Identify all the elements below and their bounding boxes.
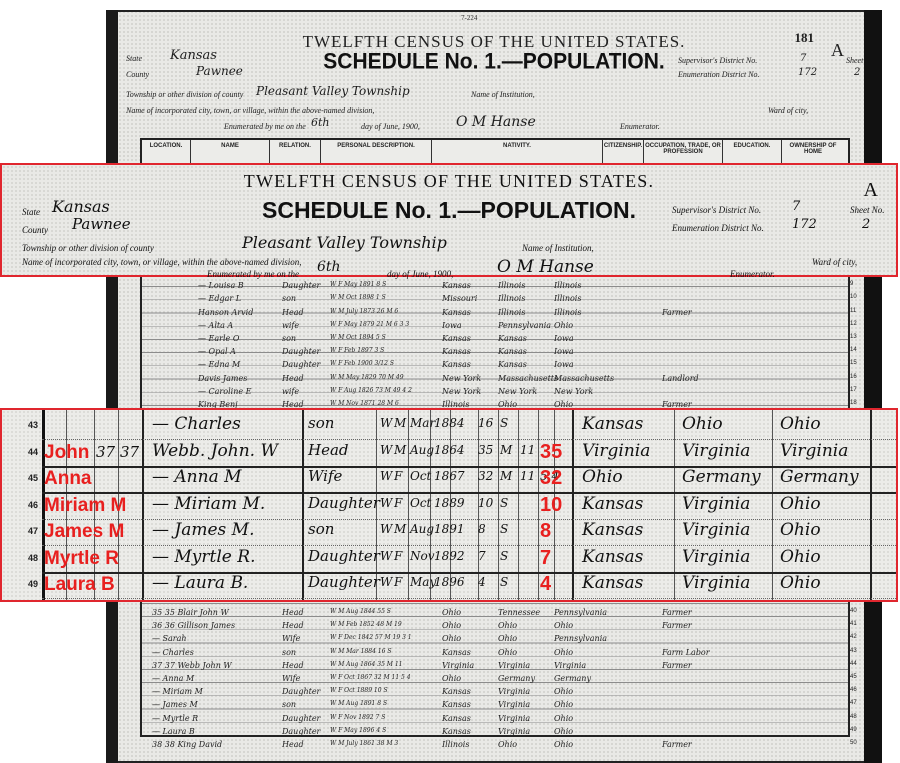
personal-description: W M Oct 1894 5 S: [330, 334, 386, 341]
person-name: — Myrtle R: [152, 714, 198, 723]
birthplace: Kansas: [442, 347, 471, 356]
age: 8: [478, 522, 486, 536]
person-name: — James M: [152, 700, 198, 709]
relation: Daughter: [308, 547, 380, 565]
census-row: 43— CharlessonW M Mar 1884 16 SKansasOhi…: [142, 648, 848, 661]
relation: son: [282, 294, 296, 303]
relation: son: [308, 414, 334, 432]
mother-birthplace: Virginia: [780, 441, 848, 461]
birth-year: 1864: [434, 443, 465, 457]
personal-description: W F May 1896 4 S: [330, 727, 386, 734]
page-number: 181: [795, 30, 815, 46]
birth-month: Aug: [410, 443, 434, 457]
father-birthplace: Germany: [498, 674, 535, 683]
birthplace: New York: [442, 387, 481, 396]
father-birthplace: Virginia: [682, 494, 750, 514]
father-birthplace: Kansas: [498, 347, 527, 356]
mother-birthplace: Iowa: [554, 347, 574, 356]
personal-description: W M Mar 1884 16 S: [330, 648, 391, 655]
birthplace: Virginia: [442, 661, 474, 670]
birthplace: Missouri: [442, 294, 477, 303]
row-number: 47: [28, 526, 38, 536]
person-name: 38 38 King David: [152, 740, 222, 749]
row-number: 45: [28, 473, 38, 483]
census-row: 48— Myrtle RDaughterW F Nov 1892 7 SKans…: [142, 714, 848, 727]
name-annotation: Anna: [44, 468, 92, 490]
census-row: 12— Alta AwifeW F May 1879 21 M 6 3 3Iow…: [142, 321, 848, 334]
enumerator-name: O M Hanse: [456, 114, 536, 130]
marital-status: M: [500, 443, 512, 457]
person-name: — Laura B: [152, 727, 195, 736]
birthplace: Ohio: [442, 674, 461, 683]
birth-month: Aug: [410, 522, 434, 536]
relation: Wife: [282, 674, 300, 683]
father-birthplace: Virginia: [682, 520, 750, 540]
birth-month: Mar: [410, 416, 435, 430]
row-number: 9: [850, 281, 853, 287]
mother-birthplace: Massachusetts: [554, 374, 614, 383]
mother-birthplace: Ohio: [554, 727, 573, 736]
occupation: Farmer: [662, 661, 692, 670]
birthplace: Ohio: [442, 608, 461, 617]
birthplace: Kansas: [442, 727, 471, 736]
row-number: 10: [850, 294, 857, 300]
row-number: 17: [850, 387, 857, 393]
birthplace: Kansas: [442, 360, 471, 369]
city-label: Name of incorporated city, town, or vill…: [126, 106, 374, 115]
relation: Head: [282, 308, 304, 317]
race: W: [380, 549, 392, 563]
mother-birthplace: New York: [554, 387, 593, 396]
personal-description: W F Aug 1826 73 M 49 4 2: [330, 387, 412, 394]
age-annotation: 35: [540, 441, 562, 464]
occupation: Farm Labor: [662, 648, 710, 657]
personal-description: W M Aug 1864 35 M 11: [330, 661, 402, 668]
relation: Wife: [282, 634, 300, 643]
supervisor-value: 7: [800, 53, 806, 64]
relation: Daughter: [282, 360, 320, 369]
census-row: 4136 36 Gillison JamesHeadW M Feb 1852 4…: [142, 621, 848, 634]
person-name: — Louisa B: [198, 281, 244, 290]
birthplace: Kansas: [582, 520, 643, 540]
father-birthplace: Pennsylvania: [498, 321, 551, 330]
census-row: 4437 37 Webb John WHeadW M Aug 1864 35 M…: [142, 661, 848, 674]
marital-status: S: [500, 416, 508, 430]
relation: Daughter: [308, 494, 380, 512]
name-annotation: Miriam M: [44, 495, 126, 517]
marital-status: M: [500, 469, 512, 483]
census-row: 9— Louisa BDaughterW F May 1891 8 SKansa…: [142, 281, 848, 294]
personal-description: W F Feb 1900 3/12 S: [330, 360, 394, 367]
father-birthplace: Illinois: [498, 294, 525, 303]
zoom-township-label: Township or other division of county: [22, 243, 154, 253]
relation: Daughter: [282, 727, 320, 736]
census-row: 5038 38 King DavidHeadW M July 1861 38 M…: [142, 740, 848, 753]
birthplace: Kansas: [582, 573, 643, 593]
mother-birthplace: Iowa: [554, 360, 574, 369]
father-birthplace: Virginia: [498, 687, 530, 696]
person-name: — James M.: [152, 520, 254, 540]
personal-description: W F Dec 1842 57 M 19 3 1: [330, 634, 412, 641]
birth-year: 1889: [434, 496, 465, 510]
zoom-supervisor-value: 7: [792, 199, 800, 214]
marital-status: S: [500, 522, 508, 536]
birthplace: Kansas: [442, 334, 471, 343]
birthplace: Kansas: [582, 547, 643, 567]
census-row: 15— Edna MDaughterW F Feb 1900 3/12 SKan…: [142, 360, 848, 373]
person-name: — Miriam M.: [152, 494, 265, 514]
age-annotation: 8: [540, 520, 551, 543]
birth-year: 1891: [434, 522, 465, 536]
mother-birthplace: Ohio: [554, 740, 573, 749]
name-annotation: Myrtle R: [44, 548, 119, 570]
father-birthplace: New York: [498, 387, 537, 396]
family-number: 37: [120, 443, 139, 461]
relation: son: [282, 700, 296, 709]
birth-year: 1867: [434, 469, 465, 483]
mother-birthplace: Ohio: [780, 494, 821, 514]
mother-birthplace: Ohio: [554, 321, 573, 330]
row-number: 44: [28, 447, 38, 457]
zoom-enumerator-name: O M Hanse: [497, 257, 594, 277]
personal-description: W F May 1891 8 S: [330, 281, 386, 288]
relation: Head: [308, 441, 349, 459]
zoom-enumerator-label: Enumerator.: [730, 269, 775, 279]
mother-birthplace: Pennsylvania: [554, 634, 607, 643]
father-birthplace: Illinois: [498, 308, 525, 317]
enumerated-day: 6th: [311, 116, 330, 129]
personal-description: W M July 1873 26 M 6: [330, 308, 398, 315]
supervisor-label: Supervisor's District No.: [678, 56, 757, 65]
census-row: 10— Edgar LsonW M Oct 1898 1 SMissouriIl…: [142, 294, 848, 307]
birthplace: Kansas: [442, 700, 471, 709]
relation: wife: [282, 321, 299, 330]
personal-description: W M Feb 1852 48 M 19: [330, 621, 402, 628]
age: 35: [478, 443, 493, 457]
personal-description: W F Oct 1867 32 M 11 5 4: [330, 674, 411, 681]
birthplace: Ohio: [442, 634, 461, 643]
personal-description: W M July 1861 38 M 3: [330, 740, 398, 747]
zoom-supervisor-label: Supervisor's District No.: [672, 205, 761, 215]
race: W: [380, 522, 392, 536]
birth-year: 1896: [434, 575, 465, 589]
family-zoom-panel: 43— CharlessonWMMar188416SKansasOhioOhio…: [0, 408, 898, 602]
father-birthplace: Ohio: [498, 634, 517, 643]
county-value: Pawnee: [196, 64, 243, 78]
occupation: Landlord: [662, 374, 699, 383]
personal-description: W F Nov 1892 7 S: [330, 714, 385, 721]
father-birthplace: Kansas: [498, 334, 527, 343]
family-row: 48Myrtle R— Myrtle R.DaughterWFNov18927S…: [2, 547, 896, 573]
birthplace: Kansas: [442, 308, 471, 317]
person-name: Davis James: [198, 374, 247, 383]
row-number: 13: [850, 334, 857, 340]
zoom-township-value: Pleasant Valley Township: [242, 233, 447, 252]
row-number: 47: [850, 700, 857, 706]
father-birthplace: Ohio: [498, 740, 517, 749]
row-number: 11: [850, 308, 856, 314]
father-birthplace: Virginia: [498, 727, 530, 736]
personal-description: W F Feb 1897 3 S: [330, 347, 384, 354]
relation: Daughter: [282, 714, 320, 723]
person-name: — Anna M: [152, 674, 194, 683]
birth-month: Oct: [410, 496, 431, 510]
birth-year: 1884: [434, 416, 465, 430]
age: 32: [478, 469, 493, 483]
person-name: — Earle O: [198, 334, 239, 343]
birth-month: Nov: [410, 549, 435, 563]
father-birthplace: Illinois: [498, 281, 525, 290]
row-number: 43: [28, 420, 38, 430]
mother-birthplace: Illinois: [554, 308, 581, 317]
father-birthplace: Ohio: [498, 648, 517, 657]
relation: Daughter: [308, 573, 380, 591]
person-name: — Miriam M: [152, 687, 203, 696]
relation: Head: [282, 608, 304, 617]
marital-status: S: [500, 549, 508, 563]
person-name: — Opal A: [198, 347, 236, 356]
sex: F: [394, 496, 402, 510]
father-birthplace: Tennessee: [498, 608, 540, 617]
age-annotation: 32: [540, 467, 562, 490]
person-name: — Charles: [152, 414, 241, 434]
birthplace: Kansas: [582, 494, 643, 514]
name-annotation: Laura B: [44, 574, 115, 596]
personal-description: W M Oct 1898 1 S: [330, 294, 386, 301]
person-name: — Edna M: [198, 360, 240, 369]
zoom-sheet-label: Sheet No.: [850, 205, 885, 215]
mother-birthplace: Ohio: [780, 520, 821, 540]
person-name: 37 37 Webb John W: [152, 661, 232, 670]
sex: M: [394, 416, 406, 430]
enumeration-label: Enumeration District No.: [678, 70, 760, 79]
person-name: Webb. John. W: [152, 441, 278, 461]
row-number: 49: [28, 579, 38, 589]
occupation: Farmer: [662, 608, 692, 617]
personal-description: W M Aug 1891 8 S: [330, 700, 387, 707]
father-birthplace: Virginia: [498, 700, 530, 709]
zoom-enumerated-label: Enumerated by me on the: [207, 269, 299, 279]
census-row: 42— SarahWifeW F Dec 1842 57 M 19 3 1Ohi…: [142, 634, 848, 647]
sex: F: [394, 549, 402, 563]
occupation: Farmer: [662, 308, 692, 317]
birthplace: Ohio: [582, 467, 623, 487]
age: 7: [478, 549, 486, 563]
mother-birthplace: Germany: [780, 467, 859, 487]
township-value: Pleasant Valley Township: [256, 84, 410, 98]
zoom-enumerated-day: 6th: [317, 259, 341, 275]
relation: Daughter: [282, 281, 320, 290]
relation: Head: [282, 621, 304, 630]
person-name: — Laura B.: [152, 573, 248, 593]
father-birthplace: Virginia: [498, 661, 530, 670]
zoom-enumeration-value: 172: [792, 217, 817, 232]
mother-birthplace: Ohio: [780, 547, 821, 567]
mother-birthplace: Ohio: [554, 621, 573, 630]
father-birthplace: Virginia: [682, 547, 750, 567]
relation: son: [282, 648, 296, 657]
census-row: 13— Earle OsonW M Oct 1894 5 SKansasKans…: [142, 334, 848, 347]
row-number: 12: [850, 321, 857, 327]
relation: Head: [282, 661, 304, 670]
relation: Head: [282, 374, 304, 383]
census-row: 4035 35 Blair John WHeadW M Aug 1844 55 …: [142, 608, 848, 621]
zoom-ward-label: Ward of city,: [812, 257, 857, 267]
birthplace: Kansas: [442, 687, 471, 696]
mother-birthplace: Pennsylvania: [554, 608, 607, 617]
zoom-sheet-value: 2: [862, 217, 870, 232]
personal-description: W M Aug 1844 55 S: [330, 608, 391, 615]
father-birthplace: Virginia: [682, 441, 750, 461]
mother-birthplace: Germany: [554, 674, 591, 683]
zoom-institution-label: Name of Institution,: [522, 243, 594, 253]
race: W: [380, 575, 392, 589]
personal-description: W M May 1829 70 M 49: [330, 374, 404, 381]
row-number: 40: [850, 608, 857, 614]
ward-label: Ward of city,: [768, 106, 808, 115]
relation: wife: [282, 387, 299, 396]
father-birthplace: Virginia: [682, 573, 750, 593]
family-row: 49Laura B— Laura B.DaughterWFMay18964S4K…: [2, 573, 896, 599]
enumerated-label: Enumerated by me on the: [224, 122, 306, 131]
mother-birthplace: Ohio: [554, 648, 573, 657]
zoom-county-value: Pawnee: [72, 215, 131, 233]
mother-birthplace: Illinois: [554, 281, 581, 290]
census-row: 46— Miriam MDaughterW F Oct 1889 10 SKan…: [142, 687, 848, 700]
enumerator-label: Enumerator.: [620, 122, 660, 131]
birthplace: Ohio: [442, 621, 461, 630]
family-row: 47James M— James M.sonWMAug18918S8Kansas…: [2, 520, 896, 546]
birthplace: Iowa: [442, 321, 462, 330]
enumerated-suffix: day of June, 1900,: [361, 122, 420, 131]
census-row: 47— James MsonW M Aug 1891 8 SKansasVirg…: [142, 700, 848, 713]
census-page: 7-224 TWELFTH CENSUS OF THE UNITED STATE…: [106, 10, 882, 763]
occupation: Farmer: [662, 621, 692, 630]
enumeration-value: 172: [798, 67, 817, 78]
sex: F: [394, 575, 402, 589]
name-annotation: James M: [44, 521, 124, 543]
mother-birthplace: Illinois: [554, 294, 581, 303]
person-name: — Sarah: [152, 634, 187, 643]
sex: M: [394, 522, 406, 536]
row-number: 50: [850, 740, 857, 746]
row-number: 41: [850, 621, 857, 627]
person-name: — Caroline E: [198, 387, 251, 396]
zoom-census-title: TWELFTH CENSUS OF THE UNITED STATES.: [2, 171, 896, 192]
mother-birthplace: Ohio: [554, 687, 573, 696]
age-annotation: 10: [540, 494, 562, 517]
institution-label: Name of Institution,: [471, 90, 535, 99]
form-number: 7-224: [461, 14, 477, 22]
family-row: 44John3737Webb. John. WHeadWMAug186435M1…: [2, 441, 896, 467]
birthplace: Kansas: [582, 414, 643, 434]
birthplace: Kansas: [442, 714, 471, 723]
row-number: 46: [28, 500, 38, 510]
marital-status: S: [500, 575, 508, 589]
mother-birthplace: Ohio: [780, 573, 821, 593]
race: W: [380, 469, 392, 483]
birth-month: Oct: [410, 469, 431, 483]
census-row: 11Hanson ArvidHeadW M July 1873 26 M 6Ka…: [142, 308, 848, 321]
person-name: — Edgar L: [198, 294, 241, 303]
family-row: 46Miriam M— Miriam M.DaughterWFOct188910…: [2, 494, 896, 520]
header-zoom-panel: TWELFTH CENSUS OF THE UNITED STATES. A S…: [0, 163, 898, 277]
years-married: 11: [520, 469, 535, 483]
census-row: 17— Caroline EwifeW F Aug 1826 73 M 49 4…: [142, 387, 848, 400]
person-name: 35 35 Blair John W: [152, 608, 229, 617]
zoom-enumerated-suffix: day of June, 1900,: [387, 269, 453, 279]
census-row: 14— Opal ADaughterW F Feb 1897 3 SKansas…: [142, 347, 848, 360]
birthplace: Virginia: [582, 441, 650, 461]
age-annotation: 7: [540, 547, 551, 570]
mother-birthplace: Iowa: [554, 334, 574, 343]
census-row: 16Davis JamesHeadW M May 1829 70 M 49New…: [142, 374, 848, 387]
birthplace: Kansas: [442, 281, 471, 290]
sex: F: [394, 469, 402, 483]
relation: Daughter: [282, 347, 320, 356]
person-name: — Myrtle R.: [152, 547, 255, 567]
relation: Wife: [308, 467, 342, 485]
birthplace: New York: [442, 374, 481, 383]
sex: M: [394, 443, 406, 457]
relation: son: [308, 520, 334, 538]
person-name: — Alta A: [198, 321, 233, 330]
row-number: 48: [850, 714, 857, 720]
person-name: 36 36 Gillison James: [152, 621, 235, 630]
state-label: State: [126, 54, 142, 63]
row-number: 49: [850, 727, 857, 733]
father-birthplace: Ohio: [682, 414, 723, 434]
age-annotation: 4: [540, 573, 551, 596]
personal-description: W F May 1879 21 M 6 3 3: [330, 321, 409, 328]
relation: Head: [282, 740, 304, 749]
family-row: 43— CharlessonWMMar188416SKansasOhioOhio: [2, 414, 896, 440]
marital-status: S: [500, 496, 508, 510]
birthplace: Illinois: [442, 740, 469, 749]
father-birthplace: Ohio: [498, 621, 517, 630]
row-number: 42: [850, 634, 857, 640]
zoom-state-value: Kansas: [52, 197, 110, 216]
row-number: 48: [28, 553, 38, 563]
mother-birthplace: Ohio: [554, 700, 573, 709]
county-label: County: [126, 70, 149, 79]
census-row: 45— Anna MWifeW F Oct 1867 32 M 11 5 4Oh…: [142, 674, 848, 687]
father-birthplace: Virginia: [498, 714, 530, 723]
race: W: [380, 416, 392, 430]
row-number: 45: [850, 674, 857, 680]
mother-birthplace: Ohio: [554, 714, 573, 723]
mother-birthplace: Virginia: [554, 661, 586, 670]
personal-description: W F Oct 1889 10 S: [330, 687, 388, 694]
dwelling-number: 37: [96, 443, 115, 461]
row-number: 15: [850, 360, 857, 366]
father-birthplace: Massachusetts: [498, 374, 558, 383]
person-name: Hanson Arvid: [198, 308, 253, 317]
person-name: — Anna M: [152, 467, 242, 487]
mother-birthplace: Ohio: [780, 414, 821, 434]
zoom-state-label: State: [22, 207, 40, 217]
row-number: 43: [850, 648, 857, 654]
family-row: 45Anna— Anna MWifeWFOct186732M115 432Ohi…: [2, 467, 896, 493]
occupation: Farmer: [662, 740, 692, 749]
relation: Daughter: [282, 687, 320, 696]
person-name: — Charles: [152, 648, 194, 657]
zoom-enumeration-label: Enumeration District No.: [672, 223, 764, 233]
zoom-county-label: County: [22, 225, 48, 235]
state-value: Kansas: [170, 48, 217, 63]
relation: son: [282, 334, 296, 343]
sheet-value: 2: [854, 67, 860, 78]
